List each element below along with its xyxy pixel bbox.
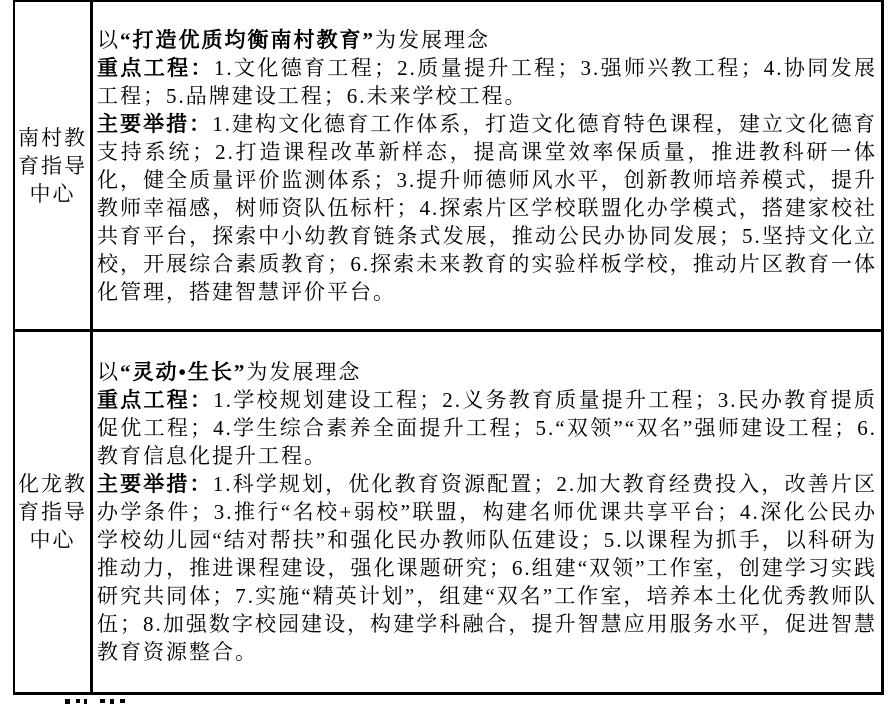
philosophy-highlight: “打造优质均衡南村教育”: [120, 28, 375, 52]
philosophy-line: 以“灵动•生长”为发展理念: [97, 358, 877, 386]
row-header-nancun-center: 南村教育指导中心: [15, 2, 93, 329]
key-projects-label: 重点工程：: [97, 388, 213, 412]
table-row-nancun: 南村教育指导中心 以“打造优质均衡南村教育”为发展理念 重点工程：1.文化德育工…: [15, 2, 881, 332]
philosophy-prefix: 以: [97, 28, 120, 52]
key-projects-paragraph: 重点工程：1.文化德育工程；2.质量提升工程；3.强师兴教工程；4.协同发展工程…: [97, 54, 877, 110]
main-measures-paragraph: 主要举措：1.建构文化德育工作体系，打造文化德育特色课程，建立文化德育支持系统；…: [97, 110, 877, 306]
main-measures-paragraph: 主要举措：1.科学规划，优化教育资源配置；2.加大教育经费投入，改善片区办学条件…: [97, 470, 877, 666]
philosophy-suffix: 为发展理念: [246, 360, 361, 384]
philosophy-suffix: 为发展理念: [375, 28, 490, 52]
row-content-nancun: 以“打造优质均衡南村教育”为发展理念 重点工程：1.文化德育工程；2.质量提升工…: [93, 2, 881, 329]
row-header-hualong-center: 化龙教育指导中心: [15, 332, 93, 692]
key-projects-text: 1.文化德育工程；2.质量提升工程；3.强师兴教工程；4.协同发展工程；5.品牌…: [97, 56, 877, 108]
education-centers-table: 南村教育指导中心 以“打造优质均衡南村教育”为发展理念 重点工程：1.文化德育工…: [13, 0, 884, 695]
table-row-hualong: 化龙教育指导中心 以“灵动•生长”为发展理念 重点工程：1.学校规划建设工程；2…: [15, 332, 881, 692]
philosophy-line: 以“打造优质均衡南村教育”为发展理念: [97, 26, 877, 54]
key-projects-text: 1.学校规划建设工程；2.义务教育质量提升工程；3.民办教育提质促优工程；4.学…: [97, 388, 877, 468]
cutoff-glyph-fragment: [0, 699, 893, 704]
key-projects-label: 重点工程：: [97, 56, 214, 80]
key-projects-paragraph: 重点工程：1.学校规划建设工程；2.义务教育质量提升工程；3.民办教育提质促优工…: [97, 386, 877, 470]
document-page: 南村教育指导中心 以“打造优质均衡南村教育”为发展理念 重点工程：1.文化德育工…: [0, 0, 893, 704]
philosophy-highlight: “灵动•生长”: [120, 360, 246, 384]
row-content-hualong: 以“灵动•生长”为发展理念 重点工程：1.学校规划建设工程；2.义务教育质量提升…: [93, 332, 881, 692]
main-measures-label: 主要举措：: [97, 472, 213, 496]
main-measures-text: 1.科学规划，优化教育资源配置；2.加大教育经费投入，改善片区办学条件；3.推行…: [97, 472, 877, 664]
main-measures-text: 1.建构文化德育工作体系，打造文化德育特色课程，建立文化德育支持系统；2.打造课…: [97, 112, 877, 304]
philosophy-prefix: 以: [97, 360, 120, 384]
main-measures-label: 主要举措：: [97, 112, 212, 136]
